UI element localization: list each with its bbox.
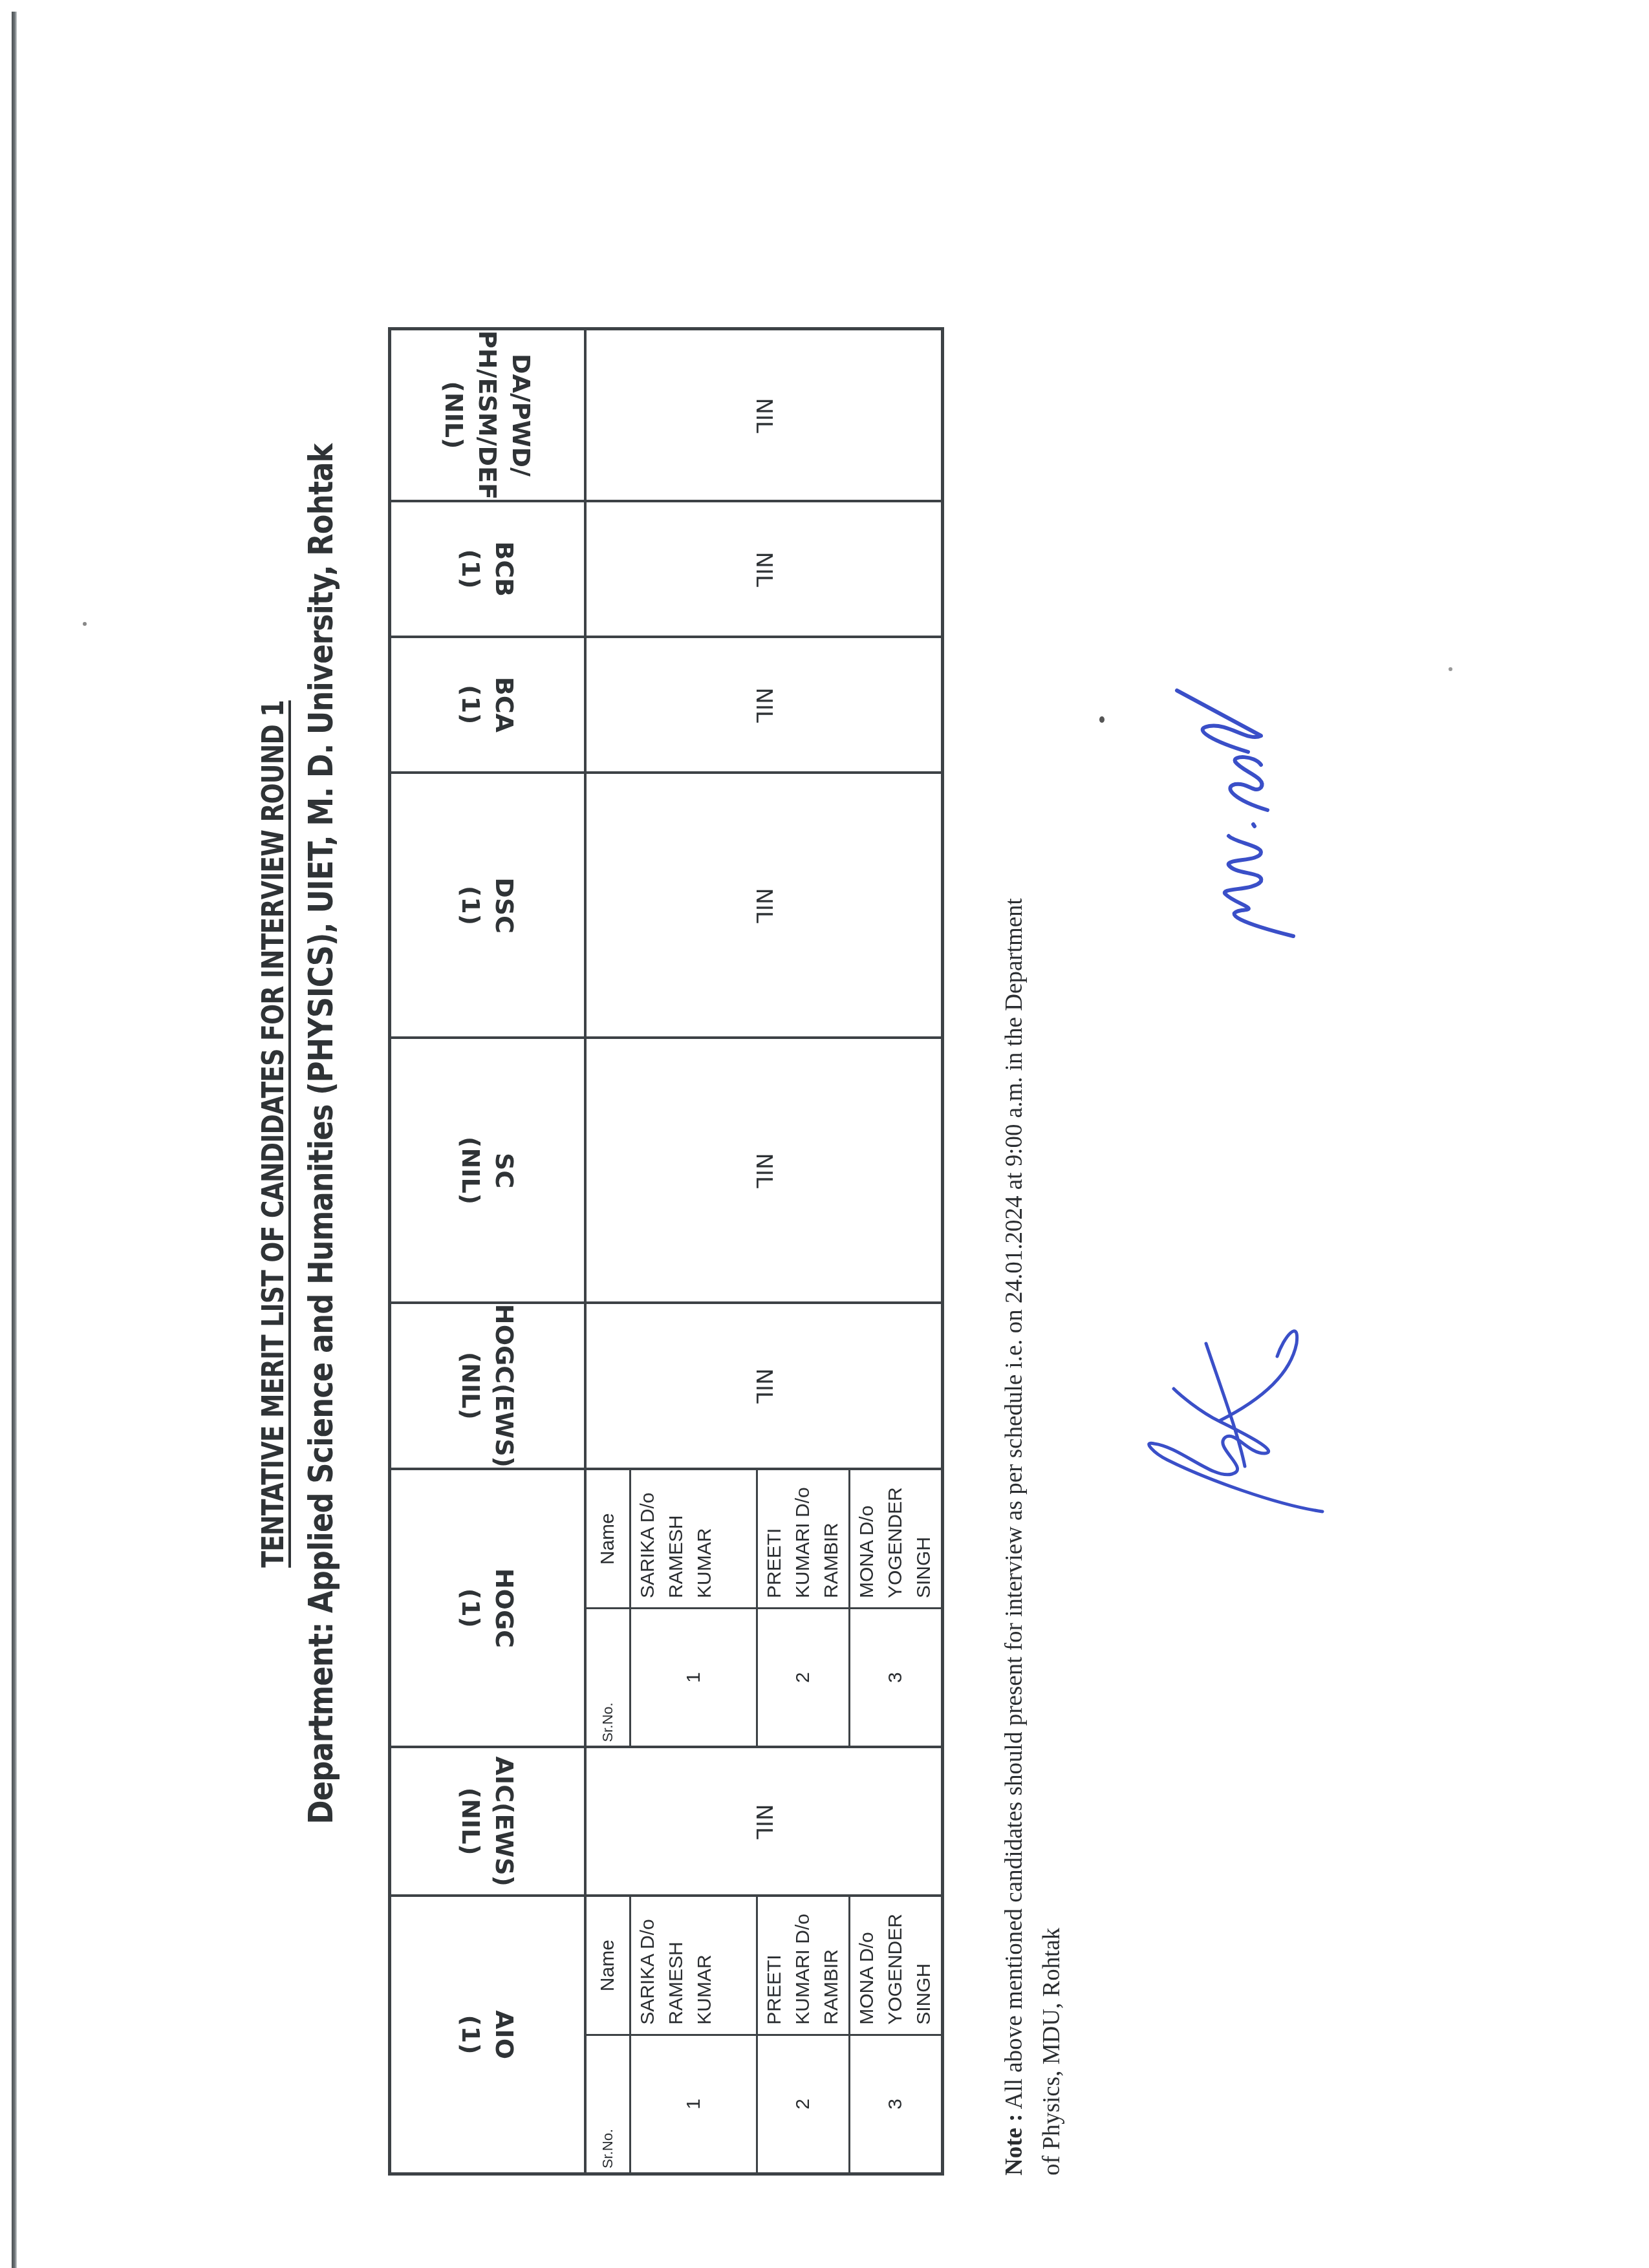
- da-pwd-cell: NIL: [585, 329, 943, 502]
- column-header-bca: BCA (1): [390, 637, 586, 773]
- document-title: TENTATIVE MERIT LIST OF CANDIDATES FOR I…: [255, 700, 290, 1567]
- name-header: Name: [587, 1471, 630, 1609]
- signature-manju-bala: [1164, 678, 1332, 949]
- table-row: 2 PREETI KUMARI D/o RAMBIR: [757, 1471, 850, 1746]
- nil-value: NIL: [751, 1153, 777, 1188]
- sr-no: 3: [850, 1609, 942, 1746]
- nil-value: NIL: [751, 551, 777, 586]
- hogc-ews-cell: NIL: [585, 1303, 943, 1469]
- aic-ews-cell: NIL: [585, 1748, 943, 1896]
- sr-no-header: Sr.No.: [587, 2035, 630, 2172]
- sr-no: 2: [757, 2035, 850, 2172]
- sr-no-header: Sr.No.: [587, 1609, 630, 1746]
- sr-no: 1: [630, 2035, 757, 2172]
- candidate-name: MONA D/o YOGENDER SINGH: [850, 1898, 942, 2035]
- aio-subheader-row: Sr.No. Name: [587, 1898, 630, 2173]
- aio-cell: Sr.No. Name 1 SARIKA D/o RAMESH KUMAR 2 …: [585, 1896, 943, 2174]
- note: Note : All above mentioned candidates sh…: [996, 883, 1071, 2176]
- signature-manju-bala-icon: [1164, 678, 1332, 949]
- column-header-bcb: BCB (1): [390, 501, 586, 637]
- scan-speck: [1449, 667, 1452, 671]
- candidate-name: MONA D/o YOGENDER SINGH: [850, 1471, 942, 1609]
- candidate-name: SARIKA D/o RAMESH KUMAR: [630, 1898, 757, 2035]
- table-row: 3 MONA D/o YOGENDER SINGH: [850, 1898, 942, 2173]
- column-header-aio: AIO (1): [390, 1896, 586, 2174]
- name-header: Name: [587, 1898, 630, 2035]
- sc-cell: NIL: [585, 1038, 943, 1303]
- title-block: TENTATIVE MERIT LIST OF CANDIDATES FOR I…: [255, 0, 341, 2268]
- document-subtitle: Department: Applied Science and Humaniti…: [302, 159, 341, 2110]
- column-header-sc: SC (NIL): [390, 1038, 586, 1303]
- note-label: Note :: [1001, 2113, 1028, 2176]
- hogc-subheader-row: Sr.No. Name: [587, 1471, 630, 1746]
- column-header-dsc: DSC (1): [390, 773, 586, 1038]
- column-header-da-pwd: DA/PWD/ PH/ESM/DEF (NIL): [390, 329, 586, 502]
- header-row: AIO (1) AIC(EWS) (NIL) HOGC (1) HOGC(EWS…: [390, 329, 586, 2174]
- column-header-aic-ews: AIC(EWS) (NIL): [390, 1748, 586, 1896]
- nil-value: NIL: [751, 687, 777, 722]
- sr-no: 1: [630, 1609, 757, 1746]
- bca-cell: NIL: [585, 637, 943, 773]
- bcb-cell: NIL: [585, 501, 943, 637]
- hogc-cell: Sr.No. Name 1 SARIKA D/o RAMESH KUMAR 2 …: [585, 1470, 943, 1748]
- hogc-candidate-table: Sr.No. Name 1 SARIKA D/o RAMESH KUMAR 2 …: [587, 1471, 941, 1746]
- scan-speck: [83, 622, 87, 626]
- note-text: All above mentioned candidates should pr…: [1001, 898, 1065, 2176]
- candidate-name: PREETI KUMARI D/o RAMBIR: [757, 1898, 850, 2035]
- dsc-cell: NIL: [585, 773, 943, 1038]
- body-row: Sr.No. Name 1 SARIKA D/o RAMESH KUMAR 2 …: [585, 329, 943, 2174]
- candidate-name: SARIKA D/o RAMESH KUMAR: [630, 1471, 757, 1609]
- nil-value: NIL: [751, 1804, 777, 1839]
- column-header-hogc-ews: HOGC(EWS) (NIL): [390, 1303, 586, 1469]
- candidate-name: PREETI KUMARI D/o RAMBIR: [757, 1471, 850, 1609]
- merit-list-table: AIO (1) AIC(EWS) (NIL) HOGC (1) HOGC(EWS…: [388, 327, 944, 2176]
- document-page: TENTATIVE MERIT LIST OF CANDIDATES FOR I…: [0, 0, 1649, 2268]
- nil-value: NIL: [751, 888, 777, 923]
- scan-speck: [1099, 716, 1105, 723]
- nil-value: NIL: [751, 1369, 777, 1404]
- sr-no: 3: [850, 2035, 942, 2172]
- table-row: 3 MONA D/o YOGENDER SINGH: [850, 1471, 942, 1746]
- signature-1: [1128, 1266, 1335, 1550]
- nil-value: NIL: [751, 398, 777, 433]
- aio-candidate-table: Sr.No. Name 1 SARIKA D/o RAMESH KUMAR 2 …: [587, 1898, 941, 2173]
- table-row: 1 SARIKA D/o RAMESH KUMAR: [630, 1471, 757, 1746]
- table-row: 1 SARIKA D/o RAMESH KUMAR: [630, 1898, 757, 2173]
- column-header-hogc: HOGC (1): [390, 1470, 586, 1748]
- table-row: 2 PREETI KUMARI D/o RAMBIR: [757, 1898, 850, 2173]
- sr-no: 2: [757, 1609, 850, 1746]
- signature-scribble-icon: [1128, 1266, 1335, 1550]
